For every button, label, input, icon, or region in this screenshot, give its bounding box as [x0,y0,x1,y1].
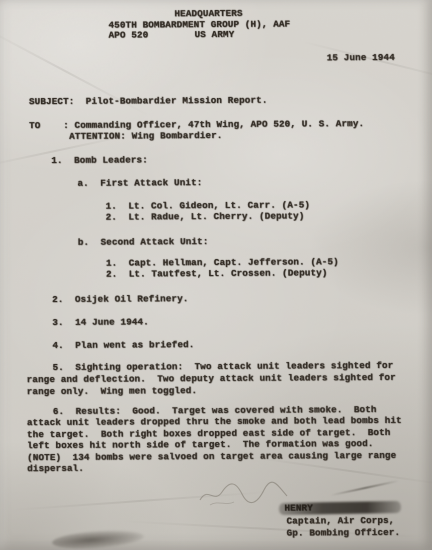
item-5-sighting-line-1: 5. Sighting operation: Two attack unit l… [53,361,394,373]
item-1b2-deputy: 2. Lt. Tautfest, Lt. Crossen. (Deputy) [106,268,328,279]
signature-title: Gp. Bombing Officer. [287,528,401,539]
typewritten-content: HEADQUARTERS 450TH BOMBARDMENT GROUP (H)… [0,0,432,550]
attention-line: ATTENTION: Wing Bombardier. [69,131,222,142]
subject-line: SUBJECT: Pilot-Bombardier Mission Report… [29,96,268,107]
signature-name: HENRY [284,503,312,513]
header-branch: US ARMY [195,30,235,40]
header-apo: APO 520 [109,30,149,40]
item-1-bomb-leaders: 1. Bomb Leaders: [51,155,148,166]
item-5-sighting-line-2: range and deflection. Two deputy attack … [27,373,396,385]
signature-rank: Captain, Air Corps, [286,516,394,527]
item-2-target: 2. Osijek Oil Refinery. [52,294,188,305]
item-1a-first-attack: a. First Attack Unit: [77,178,202,189]
item-6-results-line-6: dispersal. [27,464,84,474]
item-6-results-line-5: (NOTE) 134 bombs were salvoed on target … [27,451,396,463]
item-5-sighting-line-3: range only. Wing men toggled. [27,386,197,397]
item-4-plan: 4. Plan went as briefed. [52,340,194,351]
header-line-headquarters: HEADQUARTERS [174,9,242,19]
scanned-mission-report-page: HEADQUARTERS 450TH BOMBARDMENT GROUP (H)… [0,0,432,550]
item-1a2-deputy: 2. Lt. Radue, Lt. Cherry. (Deputy) [106,211,305,222]
item-3-date: 3. 14 June 1944. [52,317,149,328]
item-1b-second-attack: b. Second Attack Unit: [78,237,209,248]
item-6-results-line-4: left boxes hit north side of target. The… [27,439,373,451]
date-line: 15 June 1944 [327,53,395,63]
